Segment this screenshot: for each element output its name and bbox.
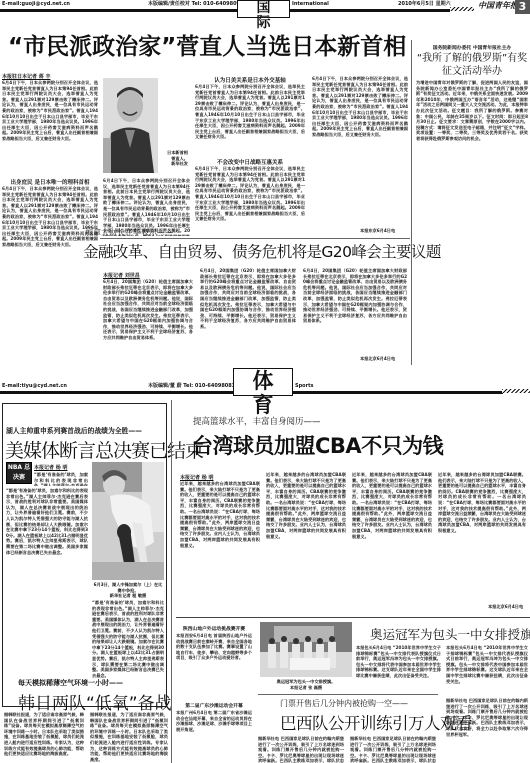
header-editor-phone: 本版编辑/责任校对 Tel: 010-64098097 [148, 1, 244, 8]
lead-photo-caption: 日本新首相 菅直人。 新华社发 [160, 150, 188, 167]
caption-line: 新华社记者 程 敏摄 [92, 593, 164, 599]
brazil-headline: 巴西队公开训练引万人观看 [280, 710, 472, 734]
shanxi-body: 本报西安6月4日电 首届陕西山地户外运动挑战赛日前在秦岭开赛，来自全国各地的数十… [176, 633, 252, 699]
cba-body-col4: 近年来，越来越多的台湾球员加盟CBA联赛。他们表示，来大陆打球不只是为了更高的收… [438, 472, 526, 600]
basketball-player-illustration [92, 462, 164, 580]
g20-body-col3: 6月4日，20国集团（G20）轮值主席国加拿大财政部长弗拉厄蒂在北京表示，即将在… [303, 268, 407, 352]
shanxi-headline: 陕西山地户外运动挑战赛开赛 [176, 625, 252, 632]
sports-rule-right [293, 391, 503, 394]
lead-dateline: 本报东京6月4日电 [360, 228, 395, 234]
g20-body-col2: 6月4日，20国集团（G20）轮值主席国加拿大财政部长弗拉厄蒂在北京表示，即将在… [200, 268, 296, 364]
brazil-body-col1: 据新华社电 巴西国家足球队日前在约翰内斯堡进行了一次公开训练，吸引了上万名球迷到… [258, 736, 344, 763]
caption-line: 6月3日，湖人中锋加索尔（上）在比赛中争抢。 [92, 582, 164, 593]
lead-body-col3: 6月4日下午，日本众参两院分别召开全体会议，选举民主党新任党首菅直人为日本第94… [195, 84, 305, 150]
cba-body-col3: 近年来，越来越多的台湾球员加盟CBA联赛。他们表示，来大陆打球不只是为了更高的收… [352, 472, 432, 613]
brazil-body-col2: 据新华社电 巴西国家足球队日前在约翰内斯堡进行了一次公开训练，吸引了上万名球迷到… [350, 736, 436, 763]
header-date: 2010年6月5日 星期六 [398, 1, 451, 8]
g20-dateline: 本报北京6月4日电 [360, 356, 395, 362]
section-title-international: 国际 [237, 0, 290, 18]
g20-byline: 本报记者 刘世昌 [103, 272, 140, 279]
lead-body-col1: 6月4日下午，日本众参两院分别召开全体会议，选举民主党新任党首菅直人为日本第94… [2, 80, 98, 172]
nba-body-col1: “都是‘有准备的’球员，加索尔和科比的表现非常出色。”湖人主帅菲尔·杰克逊在赛后… [6, 488, 88, 704]
section-title-en: International [292, 1, 329, 8]
sports-header-email: E-mail:tiyu@cyd.net.cn [2, 383, 67, 390]
header-email: E-mail:guoji@cyd.net.cn [2, 1, 70, 8]
nba-byline: 本报记者 杨 明 [34, 464, 67, 471]
g20-kicker: 加拿大财长在华表示—— [85, 227, 173, 238]
sidebar-headline: “我所了解的俄罗斯”有奖征文活动举办 [416, 52, 528, 78]
portrait-illustration [103, 78, 158, 173]
cba-byline: 本报记者 杨 明 [180, 474, 213, 481]
g20-body-col1: 6月4日，20国集团（G20）轮值主席国加拿大财政部长弗拉厄蒂在北京表示，即将在… [103, 279, 193, 364]
lead-body-col4: 6月4日下午，日本众参两院分别召开全体会议，选举民主党新任党首菅直人为日本第94… [312, 76, 408, 226]
cba-dateline: 本报北京6月4日电 [488, 604, 523, 610]
lead-body-col1b: 6月4日下午，日本众参两院分别召开全体会议，选举民主党新任党首菅直人为日本第94… [2, 186, 98, 364]
lead-body-col3b: 6月4日下午，日本众参两院分别召开全体会议，选举民主党新任党首菅直人为日本第94… [195, 166, 305, 234]
nba-badge-icon: NBA 总决赛 [6, 462, 32, 484]
header-rule-right [290, 9, 450, 12]
header-hatch [450, 7, 474, 11]
paper-logo: 中国青年报 [478, 0, 518, 11]
section-title-sports: 体育 [233, 368, 293, 396]
volleyball-body-col2: 本报包头6月4日电 “2010年世界中学生女子排球锦标赛”包头一中女排代表队授旗… [446, 645, 528, 687]
column-divider [171, 400, 172, 763]
sports-hatch [502, 389, 530, 393]
nba-body-intro: “都是‘有准备的’球员，加索尔和科比的表现非常出色。”湖人主帅菲尔·杰克逊在赛后… [34, 472, 88, 486]
divider [176, 617, 530, 618]
lead-byline: 本报驻日本记者 蒋 丰 [2, 73, 50, 80]
cba-headline: 台湾球员加盟CBA不只为钱 [192, 430, 443, 460]
nba-photo-caption: 6月3日，湖人中锋加索尔（上）在比赛中争抢。 新华社记者 程 敏摄 [92, 582, 164, 599]
cba-kicker: 提高篮球水平，丰富自身阅历—— [193, 415, 321, 427]
lead-left-subhead: 出身庶民 是日本唯一的理科首相 [2, 178, 98, 186]
nba-headline: 美媒体断言总决赛已结束 [5, 436, 203, 463]
lead-headline: “市民派政治家”菅直人当选日本新首相 [8, 28, 406, 61]
volleyball-body-col1: 本报包头6月4日电 “2010年世界中学生女子排球锦标赛”包头一中女排代表队授旗… [356, 645, 441, 687]
sidebar-kicker: 国务院新闻办委托 中国青年报社主办 [416, 44, 528, 51]
sports-rule-left [0, 391, 237, 394]
sidebar-divider [411, 40, 412, 365]
volleyball-photo [260, 622, 352, 677]
brazil-kicker: 门票开售后几分钟内被抢购一空—— [280, 698, 408, 709]
divider [258, 694, 438, 695]
sidebar-body: 为增进中国青年对俄罗斯的了解，促进两国人民的友谊，国务院新闻办公室委托中国青年报… [416, 80, 528, 362]
nba-photo [92, 462, 164, 580]
korea-japan-headline: 韩日两队“低氧”备战 [18, 689, 172, 714]
korea-japan-body-col2: 据韩联社报道，为了适应南非高原气候，韩国队在备战世界杯期间引进了“低氧训练”设备… [90, 712, 168, 763]
header-rule-left [0, 9, 237, 12]
volleyball-headline: 奥运冠军为包头一中女排授旗 [370, 625, 530, 643]
korea-japan-body-col1: 据韩联社报道，为了适应南非高原气候，韩国队在备战世界杯期间引进了“低氧训练”设备… [4, 712, 84, 763]
guangdong-headline: 第二届广东沙滩运动会开幕 [176, 702, 252, 709]
lead-subhead-2: 不会改变中日战略互惠关系 [195, 158, 305, 166]
sports-header-editor-phone: 本版编辑/董 蔚 Tel: 010-64098083 [148, 383, 235, 390]
volleyball-photo-caption: 奥运冠军为包头一中女排授旗。 本报记者 张 磊摄 [260, 679, 352, 690]
volleyball-team-illustration [260, 622, 352, 677]
g20-headline: 金融改革、自由贸易、债务危机将是G20峰会主要议题 [83, 240, 441, 262]
caption-line: 本报记者 张 磊摄 [260, 685, 352, 691]
korea-japan-kicker: 每天模拟稀薄空气环境一小时—— [18, 678, 123, 688]
cba-body-col2: 近年来，越来越多的台湾球员加盟CBA联赛。他们表示，来大陆打球不只是为了更高的收… [266, 472, 346, 613]
nba-kicker: 湖人主帅重申系列赛首战后的战绩为全胜—— [6, 425, 142, 435]
brazil-body-col3: 据新华社电 巴西国家足球队日前在约翰内斯堡进行了一次公开训练，吸引了上万名球迷到… [446, 698, 528, 763]
lead-subhead-1: 认为日美关系是日本外交基轴 [195, 76, 305, 84]
lead-photo [103, 78, 158, 173]
sports-section-en: Sports [295, 383, 313, 390]
guangdong-body: 本报广州6月4日电 第二届广东省沙滩运动会在汕尾开幕，来自全省的运动员将在沙滩排… [176, 710, 252, 763]
cba-body-col1: 近年来，越来越多的台湾球员加盟CBA联赛。他们表示，来大陆打球不只是为了更高的收… [180, 481, 260, 613]
page-number: 3 [515, 0, 530, 14]
divider [100, 238, 410, 239]
caption-line: 新华社发 [160, 161, 188, 167]
